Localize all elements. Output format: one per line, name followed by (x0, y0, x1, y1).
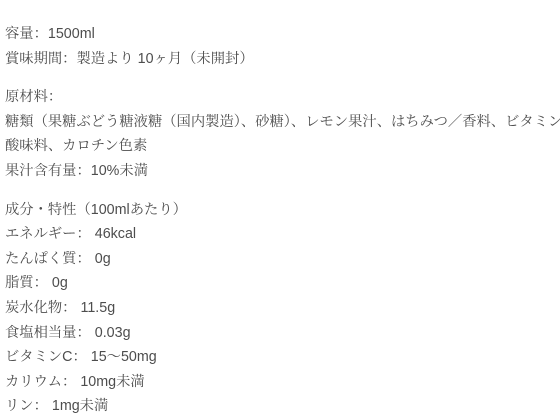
product-description-text: 容量：1500ml 賞味期間：製造より 10ヶ月（未開封） 原材料： 糖類（果糖… (0, 0, 560, 420)
nutrition-row-carbohydrate: 炭水化物： 11.5g (5, 296, 560, 321)
spec-section: 容量：1500ml 賞味期間：製造より 10ヶ月（未開封） (5, 22, 560, 71)
nutrition-row-protein: たんぱく質： 0g (5, 247, 560, 272)
nutrition-heading: 成分・特性（100mlあたり） (5, 198, 560, 223)
shelf-life-line: 賞味期間：製造より 10ヶ月（未開封） (5, 47, 560, 72)
nutrition-row-vitamin-c: ビタミンC： 15〜50mg (5, 345, 560, 370)
ingredients-section: 原材料： 糖類（果糖ぶどう糖液糖（国内製造）、砂糖）、レモン果汁、はちみつ／香料… (5, 85, 560, 183)
nutrition-row-energy: エネルギー： 46kcal (5, 222, 560, 247)
ingredients-list-line-2: 酸味料、カロチン色素 (5, 134, 560, 159)
capacity-line: 容量：1500ml (5, 22, 560, 47)
nutrition-row-salt: 食塩相当量： 0.03g (5, 321, 560, 346)
nutrition-section: 成分・特性（100mlあたり） エネルギー： 46kcal たんぱく質： 0g … (5, 198, 560, 419)
nutrition-row-potassium: カリウム： 10mg未満 (5, 370, 560, 395)
ingredients-heading: 原材料： (5, 85, 560, 110)
nutrition-row-phosphorus: リン： 1mg未満 (5, 394, 560, 419)
nutrition-row-fat: 脂質： 0g (5, 271, 560, 296)
ingredients-list-line-1: 糖類（果糖ぶどう糖液糖（国内製造）、砂糖）、レモン果汁、はちみつ／香料、ビタミン… (5, 110, 560, 135)
juice-content-line: 果汁含有量：10%未満 (5, 159, 560, 184)
